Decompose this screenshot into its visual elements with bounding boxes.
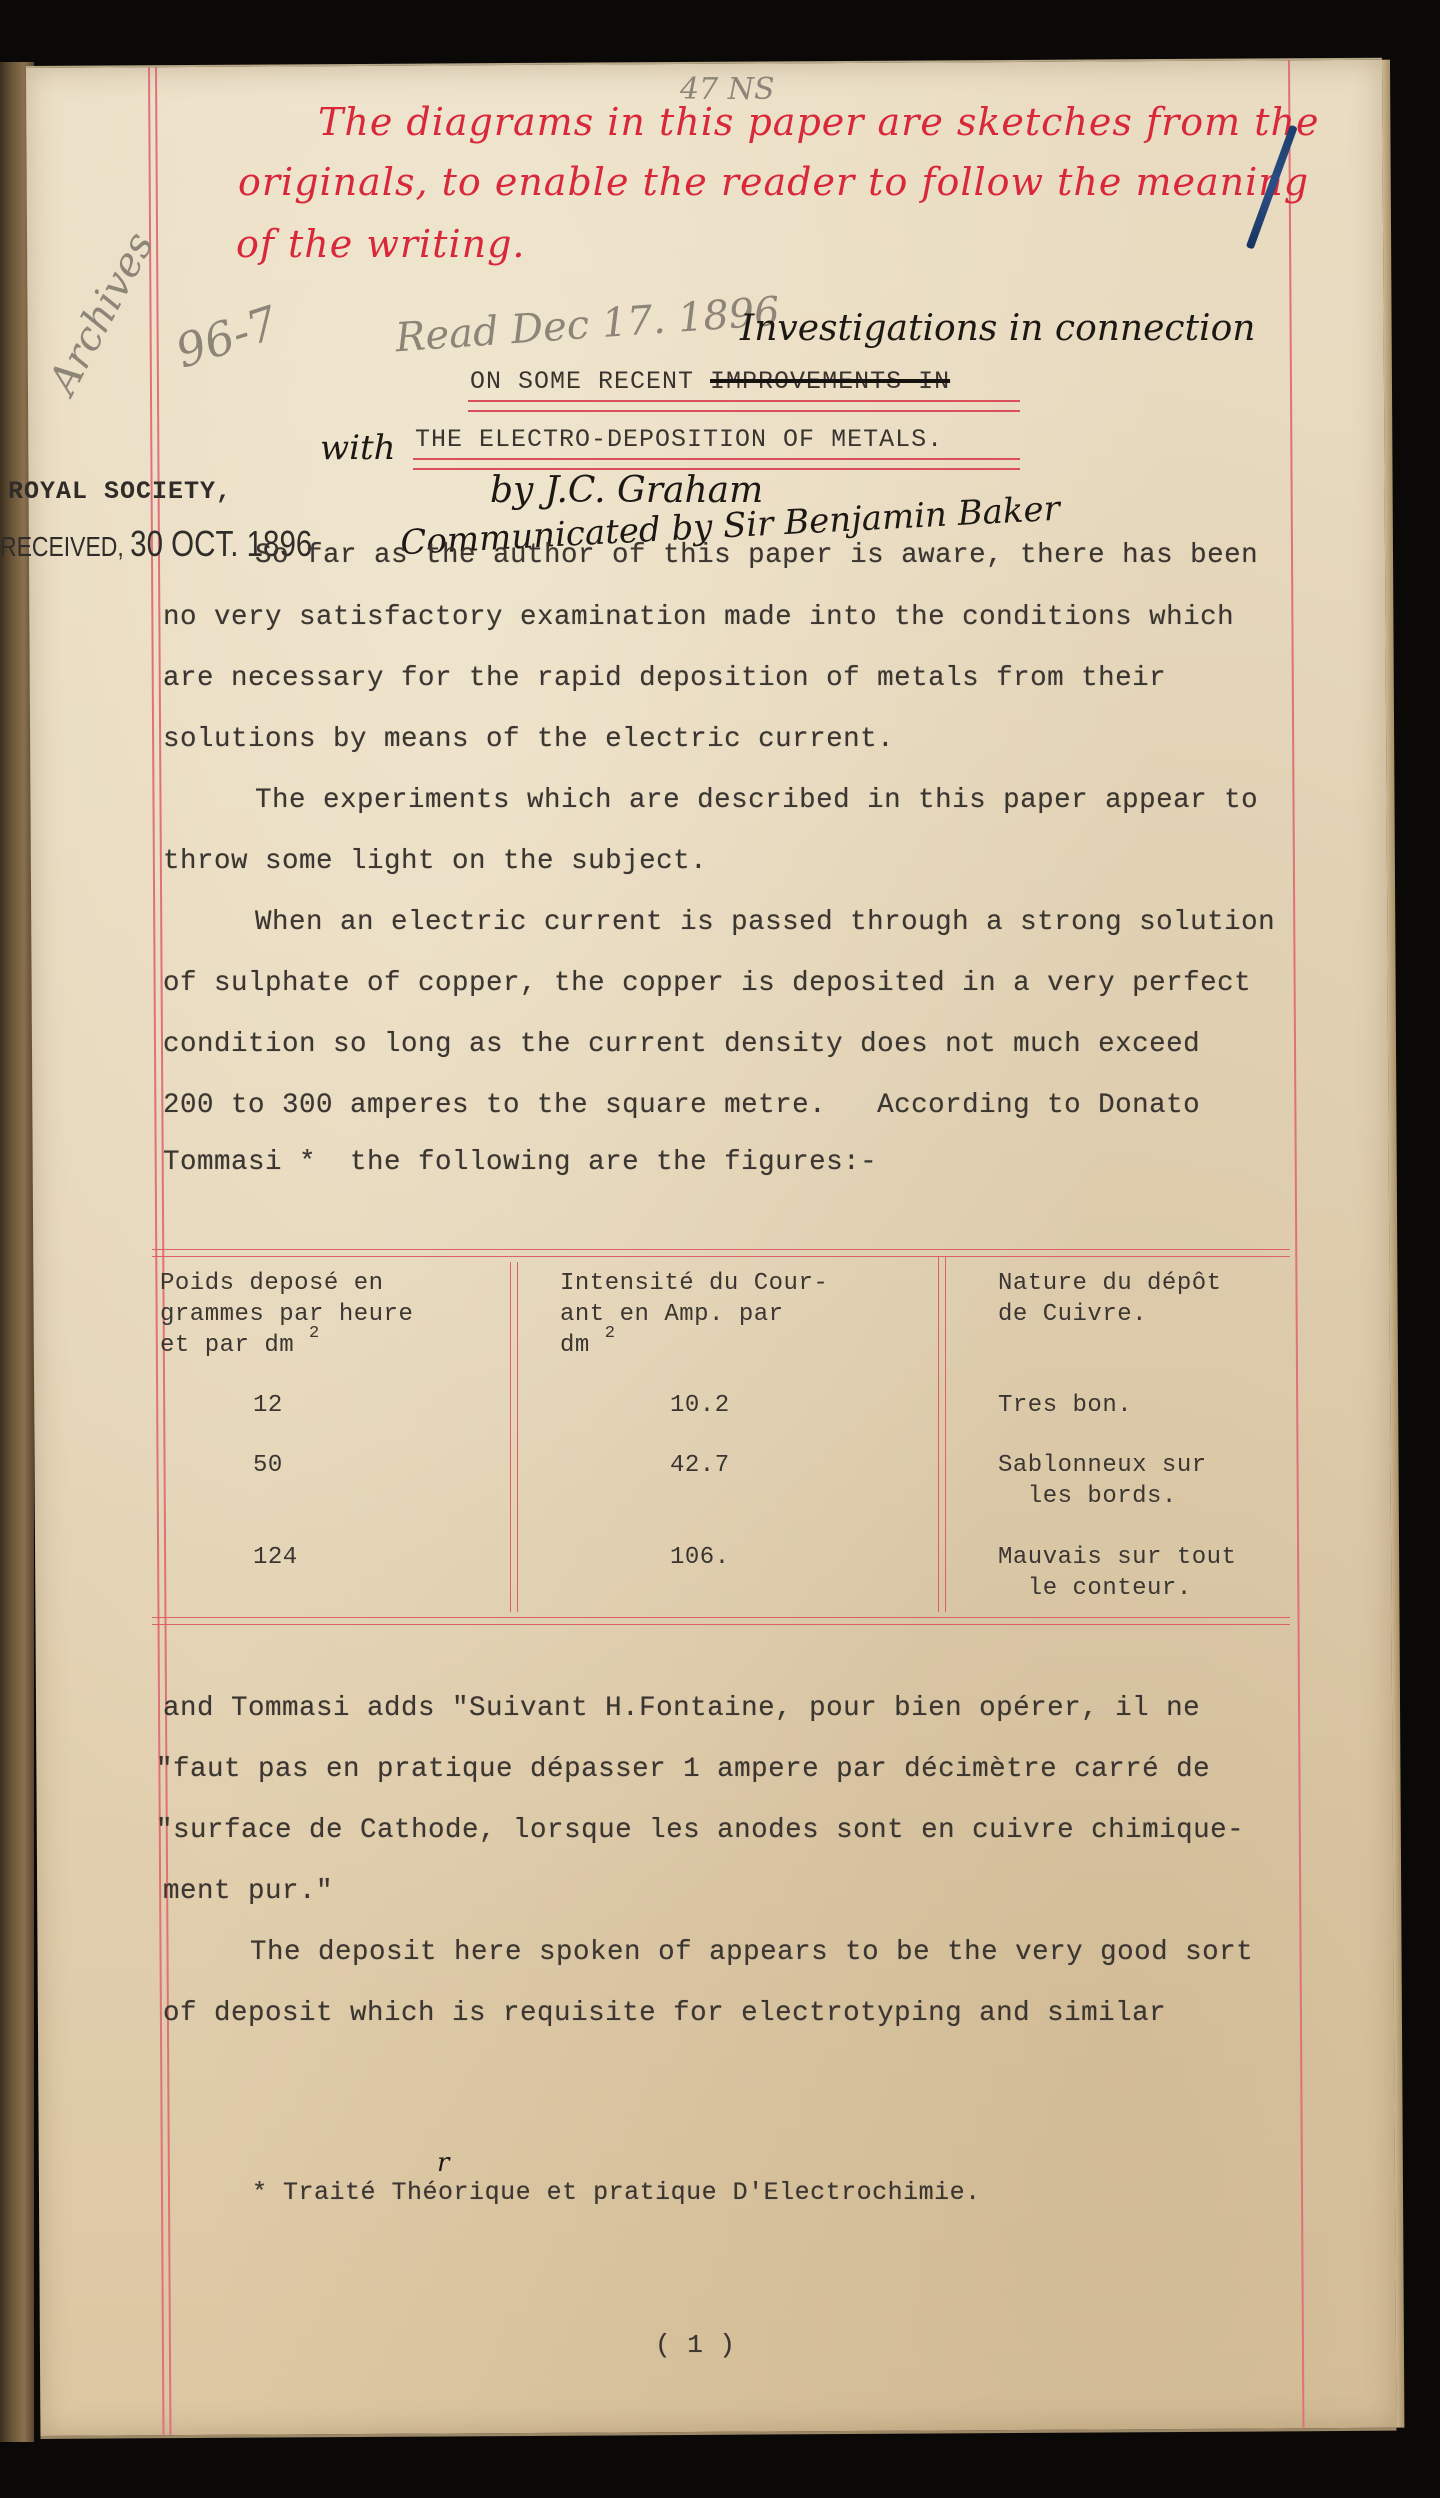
title-insert-handwritten: Investigations in connection bbox=[740, 308, 1255, 349]
para3-line-5: Tommasi * the following are the figures:… bbox=[163, 1147, 877, 1178]
title-kept-text: ON SOME RECENT bbox=[470, 367, 710, 396]
row3-nature-line-1: Mauvais sur tout bbox=[998, 1542, 1236, 1573]
page-number: ( 1 ) bbox=[655, 2330, 736, 2360]
row3-nature: Mauvais sur tout le conteur. bbox=[998, 1542, 1236, 1604]
row2-nature: Sablonneux sur les bords. bbox=[998, 1450, 1207, 1512]
header-intensite: Intensité du Cour-ant en Amp. pardm 2 bbox=[560, 1268, 828, 1363]
para2-line-2: throw some light on the subject. bbox=[163, 846, 707, 877]
para4-line-2: "faut pas en pratique dépasser 1 ampere … bbox=[156, 1754, 1210, 1785]
red-note-line-3: of the writing. bbox=[236, 222, 525, 266]
page-stack-edge bbox=[1382, 60, 1404, 2428]
header-intensite-line-1: Intensité du Cour- bbox=[560, 1268, 828, 1299]
row2-poids: 50 bbox=[253, 1450, 283, 1481]
row1-poids: 12 bbox=[253, 1390, 283, 1421]
header-poids: Poids deposé engrammes par heureet par d… bbox=[160, 1268, 413, 1363]
header-nature-line-2: de Cuivre. bbox=[998, 1299, 1222, 1330]
header-intensite-line-3: dm 2 bbox=[560, 1330, 828, 1363]
para3-line-3: condition so long as the current density… bbox=[163, 1029, 1200, 1060]
row3-nature-line-2: le conteur. bbox=[998, 1573, 1236, 1604]
received-label: RECEIVED, bbox=[0, 531, 124, 562]
footnote-marker: * bbox=[252, 2178, 268, 2207]
para1-line-4: solutions by means of the electric curre… bbox=[163, 724, 894, 755]
para2-line-1: The experiments which are described in t… bbox=[255, 785, 1258, 816]
footnote: * Traité Théorique et pratique D'Electro… bbox=[252, 2178, 981, 2207]
table-bottom-border bbox=[152, 1617, 1290, 1625]
table-divider-1 bbox=[510, 1262, 518, 1612]
row2-intensite: 42.7 bbox=[670, 1450, 730, 1481]
para5-line-2: of deposit which is requisite for electr… bbox=[163, 1998, 1166, 2029]
para3-line-4: 200 to 300 amperes to the square metre. … bbox=[163, 1090, 1200, 1121]
para1-line-1: So far as the author of this paper is aw… bbox=[255, 540, 1258, 571]
para3-line-2: of sulphate of copper, the copper is dep… bbox=[163, 968, 1251, 999]
row2-nature-line-2: les bords. bbox=[998, 1481, 1207, 1512]
title-underline-2 bbox=[413, 458, 1020, 470]
with-insert-handwritten: with bbox=[320, 428, 396, 468]
author-handwritten: by J.C. Graham bbox=[490, 470, 763, 511]
header-intensite-line-2: ant en Amp. par bbox=[560, 1299, 828, 1330]
title-line-1: ON SOME RECENT IMPROVEMENTS IN bbox=[470, 367, 950, 396]
para4-line-1: and Tommasi adds "Suivant H.Fontaine, po… bbox=[163, 1693, 1200, 1724]
para4-line-3: "surface de Cathode, lorsque les anodes … bbox=[156, 1815, 1244, 1846]
footnote-text: Traité Théorique et pratique D'Electroch… bbox=[283, 2178, 981, 2207]
right-margin-line bbox=[1288, 60, 1304, 2428]
para3-line-1: When an electric current is passed throu… bbox=[255, 907, 1275, 938]
title-line-2: THE ELECTRO-DEPOSITION OF METALS. bbox=[415, 425, 943, 454]
header-intensite-text: dm bbox=[560, 1332, 590, 1359]
row3-poids: 124 bbox=[253, 1542, 298, 1573]
footnote-correction: r bbox=[437, 2148, 449, 2178]
header-poids-line-1: Poids deposé en bbox=[160, 1268, 413, 1299]
superscript-2: 2 bbox=[605, 1324, 616, 1343]
para1-line-2: no very satisfactory examination made in… bbox=[163, 602, 1234, 633]
para5-line-1: The deposit here spoken of appears to be… bbox=[250, 1937, 1253, 1968]
table-top-border bbox=[152, 1249, 1290, 1257]
header-poids-text: et par dm bbox=[160, 1332, 294, 1359]
header-poids-line-3: et par dm 2 bbox=[160, 1330, 413, 1363]
table-divider-2 bbox=[938, 1256, 946, 1612]
title-underline-1 bbox=[468, 400, 1020, 412]
row1-intensite: 10.2 bbox=[670, 1390, 730, 1421]
para1-line-3: are necessary for the rapid deposition o… bbox=[163, 663, 1166, 694]
row3-intensite: 106. bbox=[670, 1542, 730, 1573]
title-struck-text: IMPROVEMENTS IN bbox=[710, 367, 950, 396]
header-nature-line-1: Nature du dépôt bbox=[998, 1268, 1222, 1299]
red-note-line-2: originals, to enable the reader to follo… bbox=[238, 160, 1309, 204]
header-poids-line-2: grammes par heure bbox=[160, 1299, 413, 1330]
row2-nature-line-1: Sablonneux sur bbox=[998, 1450, 1207, 1481]
royal-society-stamp: ROYAL SOCIETY, bbox=[8, 477, 232, 506]
red-note-line-1: The diagrams in this paper are sketches … bbox=[318, 100, 1319, 144]
para4-line-4: ment pur." bbox=[163, 1876, 333, 1907]
row1-nature: Tres bon. bbox=[998, 1390, 1132, 1421]
superscript-2: 2 bbox=[309, 1324, 320, 1343]
header-nature: Nature du dépôtde Cuivre. bbox=[998, 1268, 1222, 1330]
